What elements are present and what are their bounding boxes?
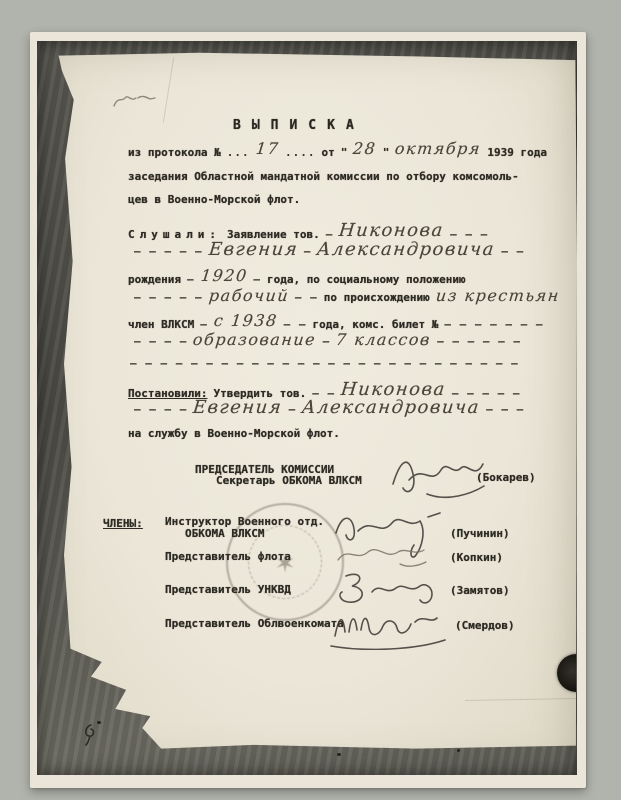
photo-print: ВЫПИСКА из протокола № ... 17 .... от " … <box>30 32 586 788</box>
member-name-text: (Смердов) <box>455 619 515 632</box>
dash-fill: – – – <box>486 403 524 416</box>
protocol-prefix: из протокола № <box>128 146 221 159</box>
chairman-signature <box>387 446 487 504</box>
service-text: на службу в Военно-Морской флот. <box>128 427 340 440</box>
first-name-handwritten: Евгения <box>208 239 299 260</box>
quote-close: " <box>383 146 390 159</box>
dots: ... <box>227 146 250 159</box>
paper-crease <box>163 57 174 122</box>
member-name-1: (Пучинин) <box>450 527 510 540</box>
education-label-handwritten: образование <box>192 330 317 349</box>
extract-title-line: ВЫПИСКА <box>233 118 365 133</box>
session-text: заседания Областной мандатной комиссии п… <box>128 170 519 183</box>
photo-of-document: { "colors": { "mat_background": "#b1b4ac… <box>0 0 621 800</box>
dash-fill: – <box>253 273 261 286</box>
paper-crease <box>465 698 579 701</box>
session-line: заседания Областной мандатной комиссии п… <box>128 170 519 183</box>
education-line: – – – – образование – 7 классов – – – – … <box>134 330 521 349</box>
dash-fill: – – <box>295 291 318 304</box>
extract-title: ВЫПИСКА <box>233 118 365 133</box>
year-label: 1939 года <box>487 146 547 159</box>
dash-fill: – – <box>501 245 524 258</box>
photo-backing-board: ВЫПИСКА из протокола № ... 17 .... от " … <box>37 41 577 775</box>
board-speck <box>337 753 341 756</box>
member-role-3: Представитель УНКВД <box>165 583 291 596</box>
member-role-1b: ОБКОМА ВЛКСМ <box>185 527 264 540</box>
member-name-3: (Замятов) <box>450 584 510 597</box>
birth-line: рождения – 1920 – года, по социальному п… <box>128 268 466 287</box>
dash-fill: – <box>304 245 312 258</box>
origin-handwritten: из крестьян <box>435 286 561 305</box>
member-role-text: Представитель УНКВД <box>165 583 291 596</box>
dash-fill: – – – – <box>134 403 187 416</box>
social-line: – – – – – рабочий – – по происхождению и… <box>134 286 560 305</box>
birth-label: рождения <box>128 273 181 286</box>
member-signature-4 <box>325 600 460 650</box>
from-label: от <box>321 146 334 159</box>
fleet-line: цев в Военно-Морской флот. <box>128 193 300 206</box>
dash-fill: – – – – <box>134 335 187 348</box>
member-role-text: Представитель флота <box>165 550 291 563</box>
member-name-4: (Смердов) <box>455 619 515 632</box>
day-value: 28 <box>352 139 377 158</box>
members-label: ЧЛЕНЫ: <box>103 517 143 530</box>
chairman-secretary-line: Секретарь ОБКОМА ВЛКСМ <box>216 474 362 487</box>
dash-fill: – – – – – – <box>437 335 521 348</box>
punch-hole <box>557 654 595 692</box>
chairman-secretary: Секретарь ОБКОМА ВЛКСМ <box>216 474 362 487</box>
birth-suffix: года, по социальному положению <box>267 273 466 286</box>
member-role-2: Представитель флота <box>165 550 291 563</box>
member-name-text: (Пучинин) <box>450 527 510 540</box>
education-value-handwritten: 7 классов <box>335 330 432 349</box>
dash-fill: – <box>323 335 331 348</box>
member-role-text: ОБКОМА ВЛКСМ <box>185 527 264 540</box>
member-name-2: (Копкин) <box>450 551 503 564</box>
surname-handwritten: Никонова <box>338 220 445 241</box>
member-role-text: Представитель Облвоенкомата <box>165 617 344 630</box>
dots: .... <box>285 146 316 159</box>
pencil-mark <box>110 88 158 114</box>
dash-fill: – <box>289 403 297 416</box>
resolved-first-name-handwritten: Евгения <box>192 397 283 418</box>
members-label-line: ЧЛЕНЫ: <box>103 517 143 530</box>
corner-scribble-mark <box>81 721 99 747</box>
dash-fill: – <box>187 273 195 286</box>
service-line: на службу в Военно-Морской флот. <box>128 427 340 440</box>
name-line: – – – – – Евгения – Александровича – – <box>134 239 524 260</box>
dash-fill: – – – – – <box>134 245 203 258</box>
social-status-handwritten: рабочий <box>208 286 290 305</box>
birth-year-handwritten: 1920 <box>200 266 249 285</box>
origin-label: по происхождению <box>324 291 430 304</box>
protocol-line: из протокола № ... 17 .... от " 28 " окт… <box>128 141 547 160</box>
dash-fill: – – – – – <box>134 291 203 304</box>
member-since-handwritten: с 1938 <box>213 311 279 330</box>
filler-line: – – – – – – – – – – – – – – – – – – – – … <box>130 357 519 370</box>
resolved-name-line: – – – – Евгения – Александровича – – – <box>134 397 524 418</box>
member-name-text: (Замятов) <box>450 584 510 597</box>
board-speck <box>457 749 460 752</box>
patronymic-handwritten: Александровича <box>316 239 496 260</box>
chairman-name-line: (Бокарев) <box>476 471 536 484</box>
resolved-patronymic-handwritten: Александровича <box>301 397 481 418</box>
chairman-name: (Бокарев) <box>476 471 536 484</box>
month-value: октября <box>394 139 482 158</box>
quote-open: " <box>341 146 348 159</box>
protocol-number: 17 <box>255 139 280 158</box>
member-role-4: Представитель Облвоенкомата <box>165 617 344 630</box>
dash-fill: – – – – – – – – – – – – – – – – – – – – … <box>130 357 519 370</box>
member-name-text: (Копкин) <box>450 551 503 564</box>
fleet-text: цев в Военно-Морской флот. <box>128 193 300 206</box>
document-paper: ВЫПИСКА из протокола № ... 17 .... от " … <box>37 41 577 775</box>
